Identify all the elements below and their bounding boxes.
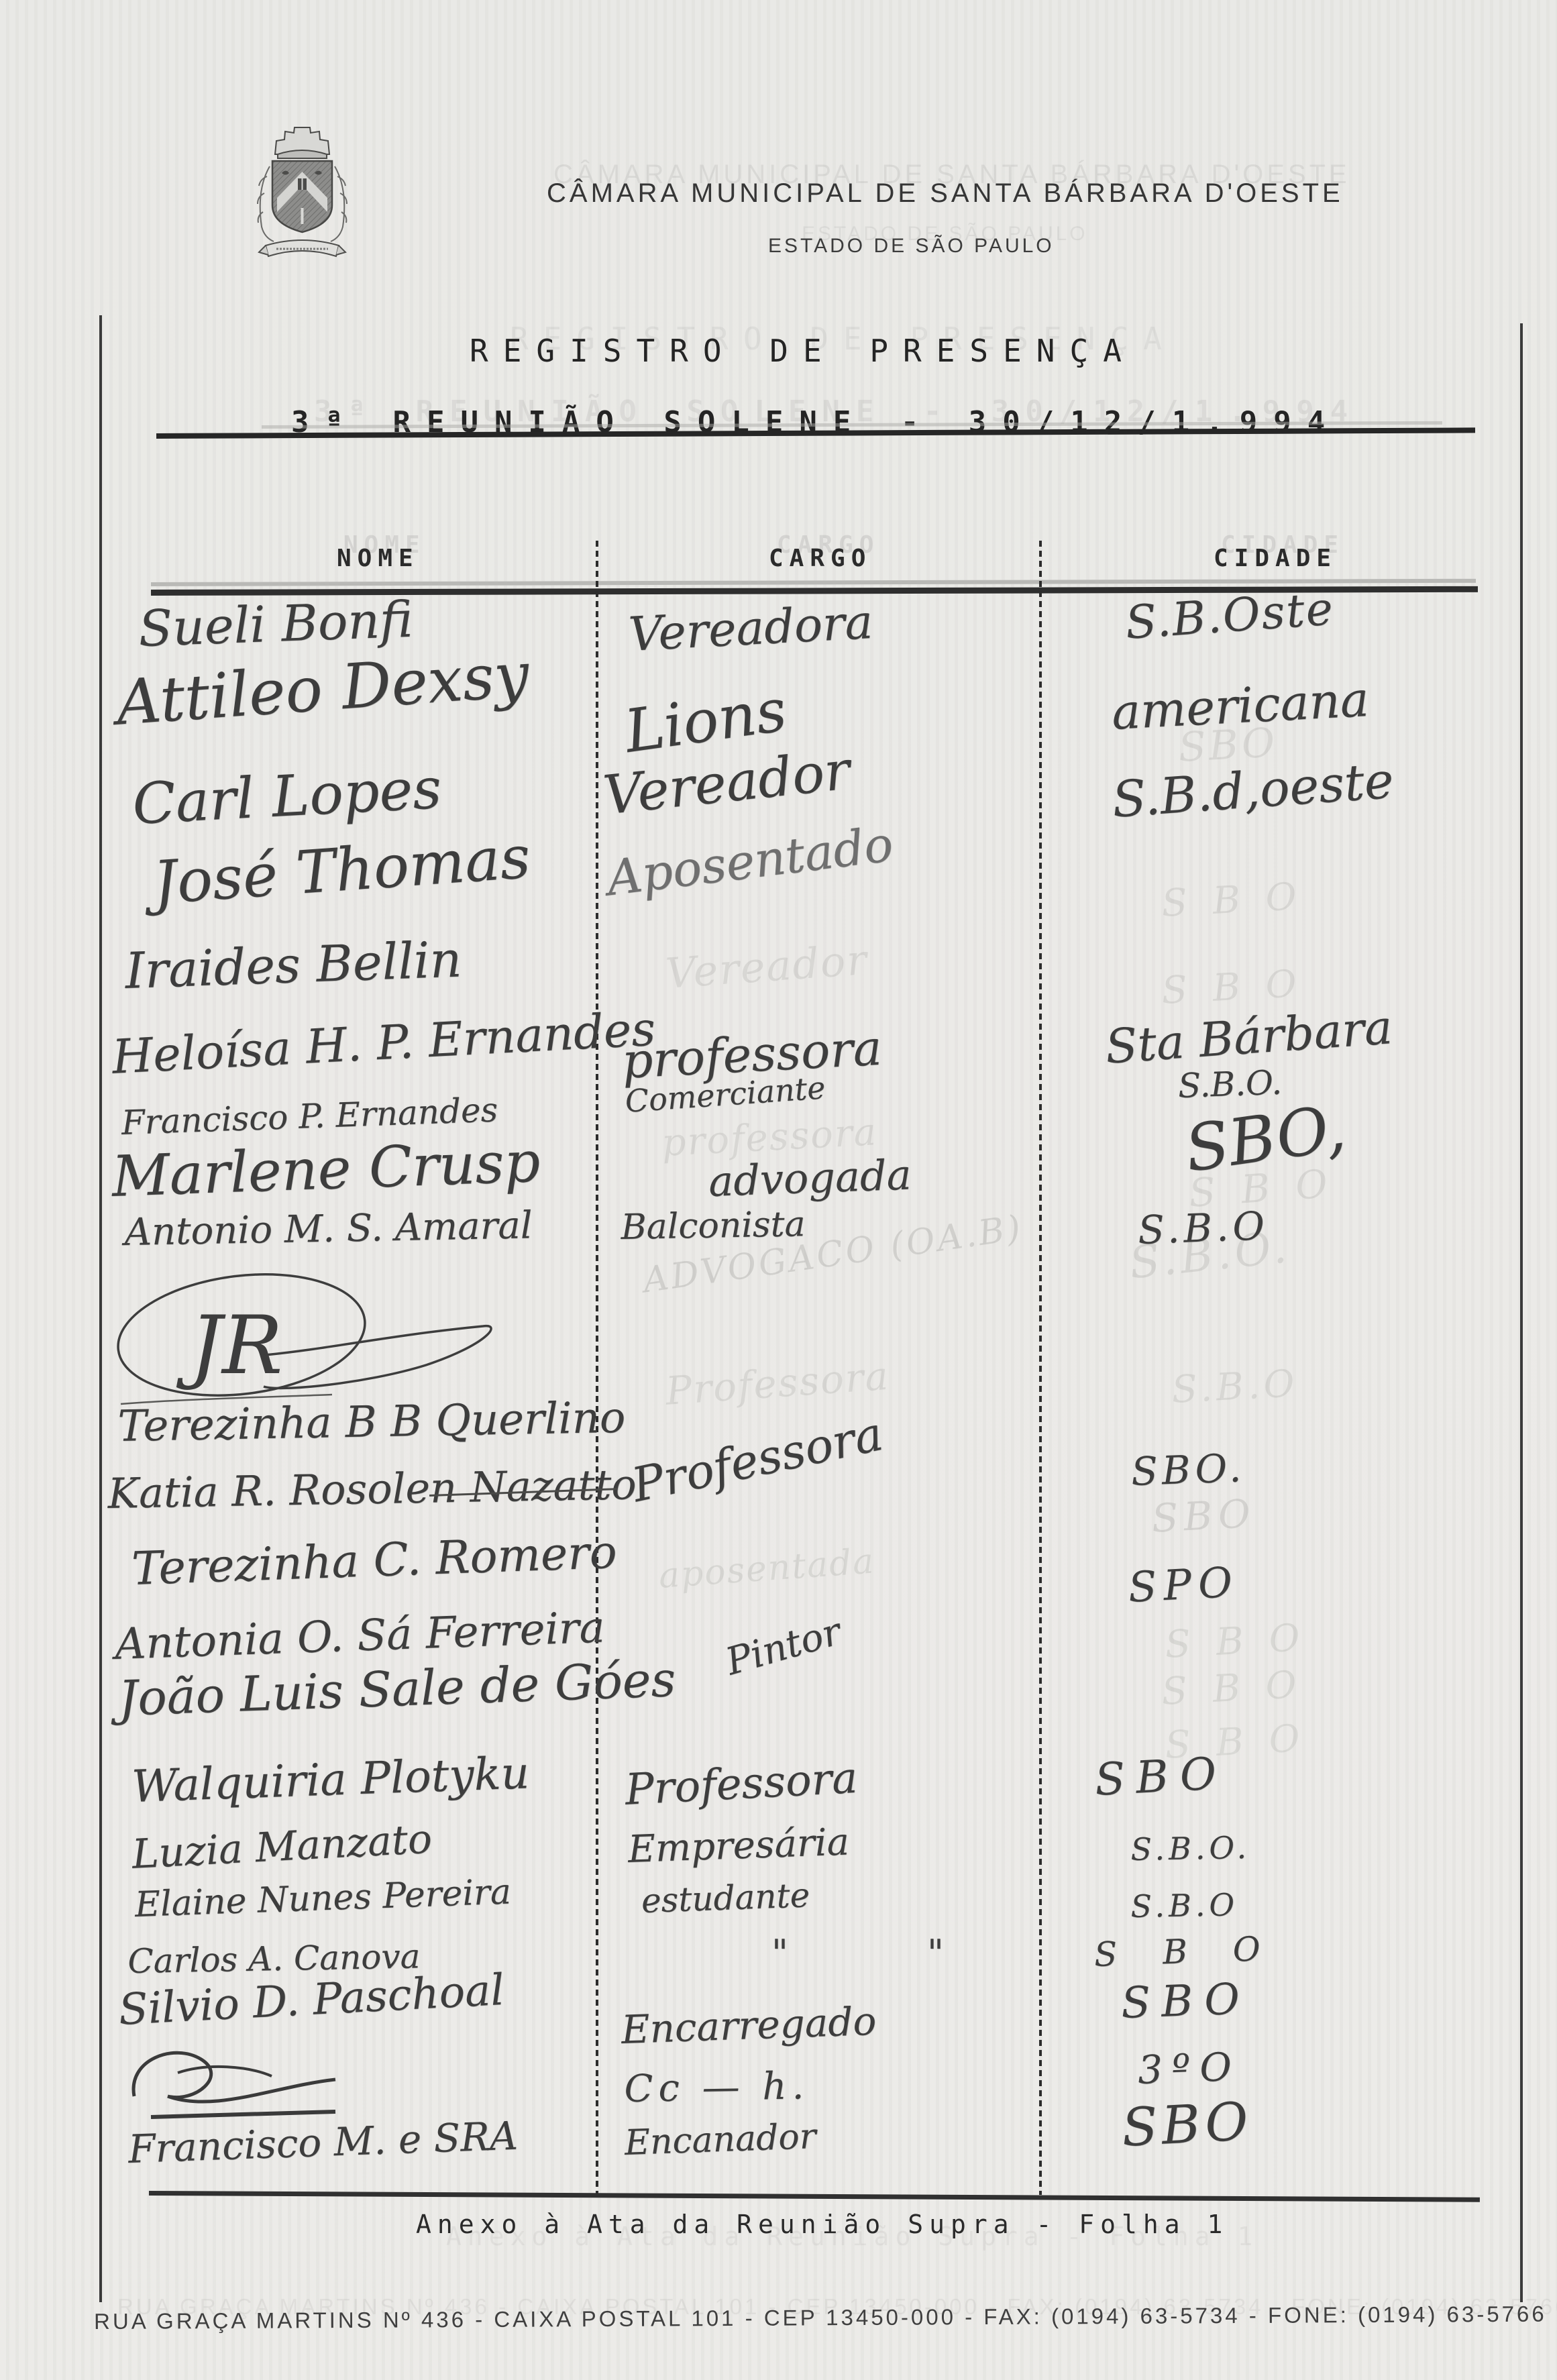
svg-text:JR: JR xyxy=(176,1299,282,1393)
row-2-cidade: americana xyxy=(1110,671,1371,741)
left-border-line xyxy=(99,315,102,2302)
row-17-cargo: Empresária xyxy=(627,1820,850,1871)
org-state: ESTADO DE SÃO PAULO xyxy=(768,235,1055,258)
ghost-text-15: Professora xyxy=(664,1353,891,1414)
row-1-cargo: Vereadora xyxy=(627,594,874,662)
row-4-name: José Thomas xyxy=(151,822,533,918)
row-6-name: Heloísa H. P. Ernandes xyxy=(111,1002,657,1085)
row-21-cidade: 3ºO xyxy=(1137,2044,1242,2093)
row-9-cidade: S.B.O xyxy=(1137,1203,1269,1253)
ghost-text-19: S B O xyxy=(1164,1616,1307,1667)
scanned-attendance-sheet: CÂMARA MUNICIPAL DE SANTA BÁRBARA D'OEST… xyxy=(0,0,1557,2380)
row-16-cargo: Professora xyxy=(624,1753,859,1815)
row-20-cidade: SBO xyxy=(1120,1974,1251,2029)
row-18-cargo: estudante xyxy=(641,1876,810,1921)
row-18-cidade: S.B.O xyxy=(1130,1886,1239,1925)
row-9-name: Antonio M. S. Amaral xyxy=(124,1203,533,1254)
org-name: CÂMARA MUNICIPAL DE SANTA BÁRBARA D'OEST… xyxy=(547,178,1344,209)
row-17-cidade: S.B.O. xyxy=(1130,1829,1250,1868)
row-19-cidade: S B O xyxy=(1093,1929,1279,1974)
row-8-name: Marlene Crusp xyxy=(111,1129,541,1209)
ghost-text-20: S B O xyxy=(1161,1663,1304,1714)
row-19-cargo: " " xyxy=(771,1932,1008,1974)
row-20-cargo: Encarregado xyxy=(621,1998,877,2053)
row-16-name: Walquiria Plotyku xyxy=(131,1747,530,1813)
ghost-text-9: Vereador xyxy=(664,935,869,998)
column-separator-1 xyxy=(596,541,598,2195)
row-22-cargo: Encanador xyxy=(624,2116,816,2163)
row-11-name: Terezinha B B Querlino xyxy=(117,1393,626,1452)
row-15-cargo: Pintor xyxy=(721,1610,846,1684)
row-12-cargo: Professora xyxy=(627,1406,888,1513)
ghost-text-10: S B O xyxy=(1161,962,1304,1013)
row-9-cargo: Balconista xyxy=(621,1204,806,1248)
row-8-cargo: advogada xyxy=(708,1150,912,1206)
column-separator-2 xyxy=(1039,541,1042,2195)
row-8-cidade: SBO, xyxy=(1181,1091,1350,1187)
ghost-text-18: aposentada xyxy=(657,1541,876,1596)
row-12-cidade: SBO. xyxy=(1130,1445,1246,1495)
row-16-cidade: SBO xyxy=(1093,1747,1228,1806)
row-4-cargo: Aposentado xyxy=(604,816,896,907)
page-title: REGISTRO DE PRESENÇA xyxy=(470,333,1136,369)
row-13-cidade: SPO xyxy=(1127,1557,1240,1612)
column-header-cidade: CIDADE xyxy=(1214,545,1337,572)
footer-address: RUA GRAÇA MARTINS Nº 436 - CAIXA POSTAL … xyxy=(94,2302,1547,2334)
row-6-cidade: Sta Bárbara xyxy=(1104,999,1394,1075)
column-header-nome: NOME xyxy=(337,545,419,572)
row-17-name: Luzia Manzato xyxy=(131,1816,433,1878)
header-rule-echo xyxy=(151,579,1476,586)
ghost-text-8: S B O xyxy=(1161,875,1304,926)
row-12-name: Katia R. Rosolen Nazatto xyxy=(107,1460,637,1518)
annex-note: Anexo à Ata da Reunião Supra - Folha 1 xyxy=(416,2210,1228,2239)
row-21-cargo: Cc — h. xyxy=(624,2064,810,2111)
ghost-text-16: S.B.O xyxy=(1171,1362,1299,1412)
row-18-name: Elaine Nunes Pereira xyxy=(134,1872,512,1925)
row-13-name: Terezinha C. Romero xyxy=(131,1526,618,1596)
municipal-crest-logo xyxy=(247,126,358,270)
right-border-line xyxy=(1520,323,1523,2302)
column-header-cargo: CARGO xyxy=(769,545,871,572)
row-3-cidade: S.B.d,oeste xyxy=(1110,752,1395,829)
row-7-cidade: S.B.O. xyxy=(1177,1063,1283,1105)
row-1-name: Sueli Bonfi xyxy=(138,591,414,658)
table-bottom-rule xyxy=(149,2191,1480,2202)
row-5-name: Iraides Bellin xyxy=(124,930,463,999)
row-3-name: Carl Lopes xyxy=(131,755,443,837)
row-22-cidade: SBO xyxy=(1120,2092,1254,2159)
ghost-text-17: SBO xyxy=(1150,1491,1256,1541)
